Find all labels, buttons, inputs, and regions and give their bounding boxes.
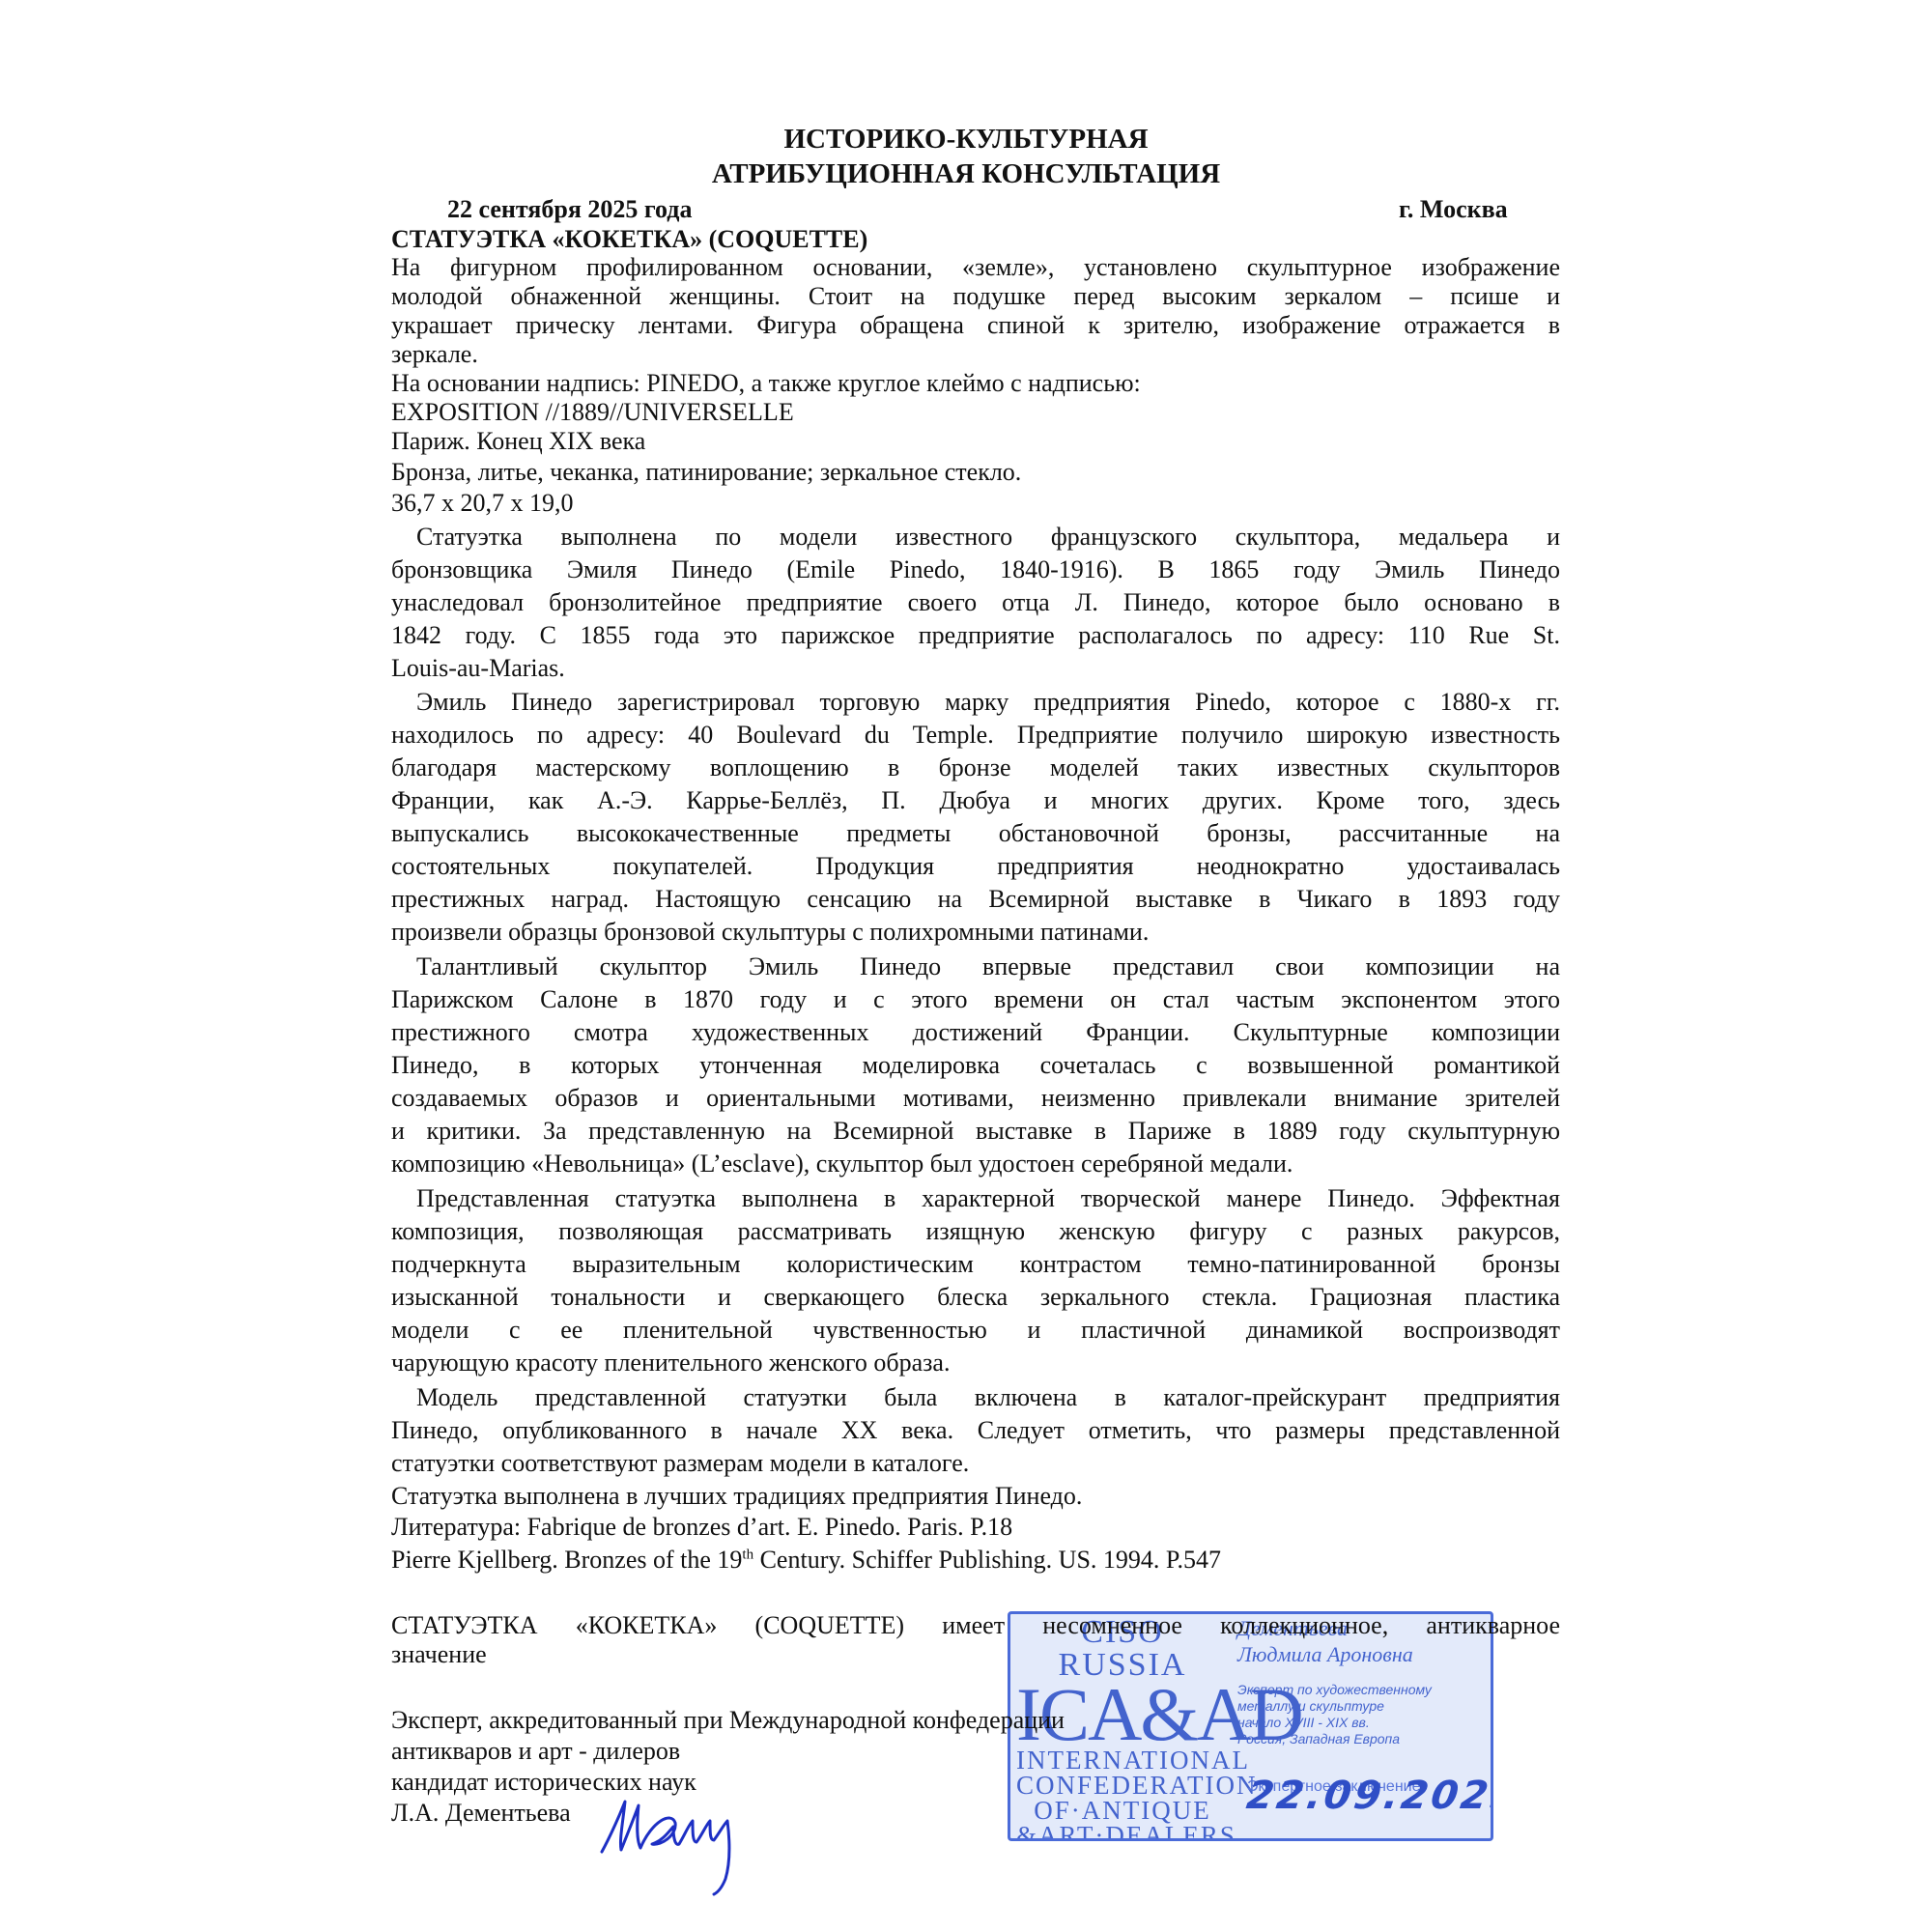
- paragraph-line: престижного смотра художественных достиж…: [391, 1018, 1560, 1047]
- document-city: г. Москва: [1399, 195, 1508, 224]
- document-title-line2: АТРИБУЦИОННАЯ КОНСУЛЬТАЦИЯ: [0, 158, 1932, 189]
- dimensions: 36,7 х 20,7 х 19,0: [391, 489, 1560, 518]
- description-line: На фигурном профилированном основании, «…: [391, 253, 1560, 282]
- expert-name: Л.А. Дементьева: [391, 1799, 1560, 1828]
- stamp-inscription: EXPOSITION //1889//UNIVERSELLE: [391, 398, 1560, 427]
- paragraph-line: выпускались высококачественные предметы …: [391, 819, 1560, 848]
- paragraph-line: произвели образцы бронзовой скульптуры с…: [391, 918, 1560, 947]
- paragraph-line: статуэтки соответствуют размерам модели …: [391, 1449, 1560, 1478]
- paragraph-line: Пинедо, опубликованного в начале XX века…: [391, 1416, 1560, 1445]
- paragraph-line: изысканной тональности и сверкающего бле…: [391, 1283, 1560, 1312]
- paragraph-line: 1842 году. С 1855 года это парижское пре…: [391, 621, 1560, 650]
- literature-superscript: th: [742, 1547, 753, 1562]
- paragraph-line: подчеркнута выразительным колористически…: [391, 1250, 1560, 1279]
- document-page: ИСТОРИКО-КУЛЬТУРНАЯ АТРИБУЦИОННАЯ КОНСУЛ…: [0, 0, 1932, 1931]
- paragraph-line: Представленная статуэтка выполнена в хар…: [391, 1184, 1560, 1213]
- paragraph-line: благодаря мастерскому воплощению в бронз…: [391, 753, 1560, 782]
- paragraph-line: Талантливый скульптор Эмиль Пинедо вперв…: [391, 952, 1560, 981]
- paragraph-line: состоятельных покупателей. Продукция пре…: [391, 852, 1560, 881]
- paragraph-line: Модель представленной статуэтки была вкл…: [391, 1383, 1560, 1412]
- paragraph-line: создаваемых образов и ориентальными моти…: [391, 1084, 1560, 1113]
- paragraph-line: чарующую красоту пленительного женского …: [391, 1349, 1560, 1377]
- paragraph-line: композиция, позволяющая рассматривать из…: [391, 1217, 1560, 1246]
- paragraph-line: бронзовщика Эмиля Пинедо (Emile Pinedo, …: [391, 555, 1560, 584]
- description-line: зеркале.: [391, 340, 1560, 369]
- inscription: На основании надпись: PINEDO, а также кр…: [391, 369, 1560, 398]
- expert-accreditation: антикваров и арт - дилеров: [391, 1737, 1560, 1766]
- literature-reference-2: Pierre Kjellberg. Bronzes of the 19th Ce…: [391, 1546, 1560, 1575]
- description-line: молодой обнаженной женщины. Стоит на под…: [391, 282, 1560, 311]
- literature-text: Pierre Kjellberg. Bronzes of the 19: [391, 1546, 742, 1574]
- paragraph-line: модели с ее пленительной чувственностью …: [391, 1316, 1560, 1345]
- stamp-role: Эксперт по художественному: [1237, 1682, 1484, 1698]
- paragraph-line: находилось по адресу: 40 Boulevard du Te…: [391, 721, 1560, 750]
- object-title: СТАТУЭТКА «КОКЕТКА» (COQUETTE): [391, 225, 1560, 254]
- paragraph-line: Парижском Салоне в 1870 году и с этого в…: [391, 985, 1560, 1014]
- description-line: украшает прическу лентами. Фигура обраще…: [391, 311, 1560, 340]
- paragraph-line: Франции, как А.-Э. Каррье-Беллёз, П. Дюб…: [391, 786, 1560, 815]
- paragraph-line: престижных наград. Настоящую сенсацию на…: [391, 885, 1560, 914]
- literature-text: Century. Schiffer Publishing. US. 1994. …: [753, 1546, 1221, 1574]
- paragraph-line: унаследовал бронзолитейное предприятие с…: [391, 588, 1560, 617]
- document-date: 22 сентября 2025 года: [447, 195, 692, 224]
- paragraph-line: Статуэтка выполнена по модели известного…: [391, 523, 1560, 552]
- expert-accreditation: Эксперт, аккредитованный при Международн…: [391, 1706, 1560, 1735]
- material: Бронза, литье, чеканка, патинирование; з…: [391, 458, 1560, 487]
- conclusion-line: СТАТУЭТКА «КОКЕТКА» (COQUETTE) имеет нес…: [391, 1611, 1560, 1640]
- paragraph-line: Эмиль Пинедо зарегистрировал торговую ма…: [391, 688, 1560, 717]
- expert-degree: кандидат исторических наук: [391, 1768, 1560, 1797]
- conclusion-line: значение: [391, 1640, 1560, 1669]
- paragraph-line: Пинедо, в которых утонченная моделировка…: [391, 1051, 1560, 1080]
- paragraph-line: Louis-au-Marias.: [391, 654, 1560, 683]
- origin: Париж. Конец XIX века: [391, 427, 1560, 456]
- paragraph-line: композицию «Невольница» (L’esclave), ску…: [391, 1150, 1560, 1178]
- paragraph-line: и критики. За представленную на Всемирно…: [391, 1117, 1560, 1146]
- document-title-line1: ИСТОРИКО-КУЛЬТУРНАЯ: [0, 124, 1932, 155]
- literature-reference-1: Литература: Fabrique de bronzes d’art. E…: [391, 1513, 1560, 1542]
- tradition-statement: Статуэтка выполнена в лучших традициях п…: [391, 1482, 1560, 1511]
